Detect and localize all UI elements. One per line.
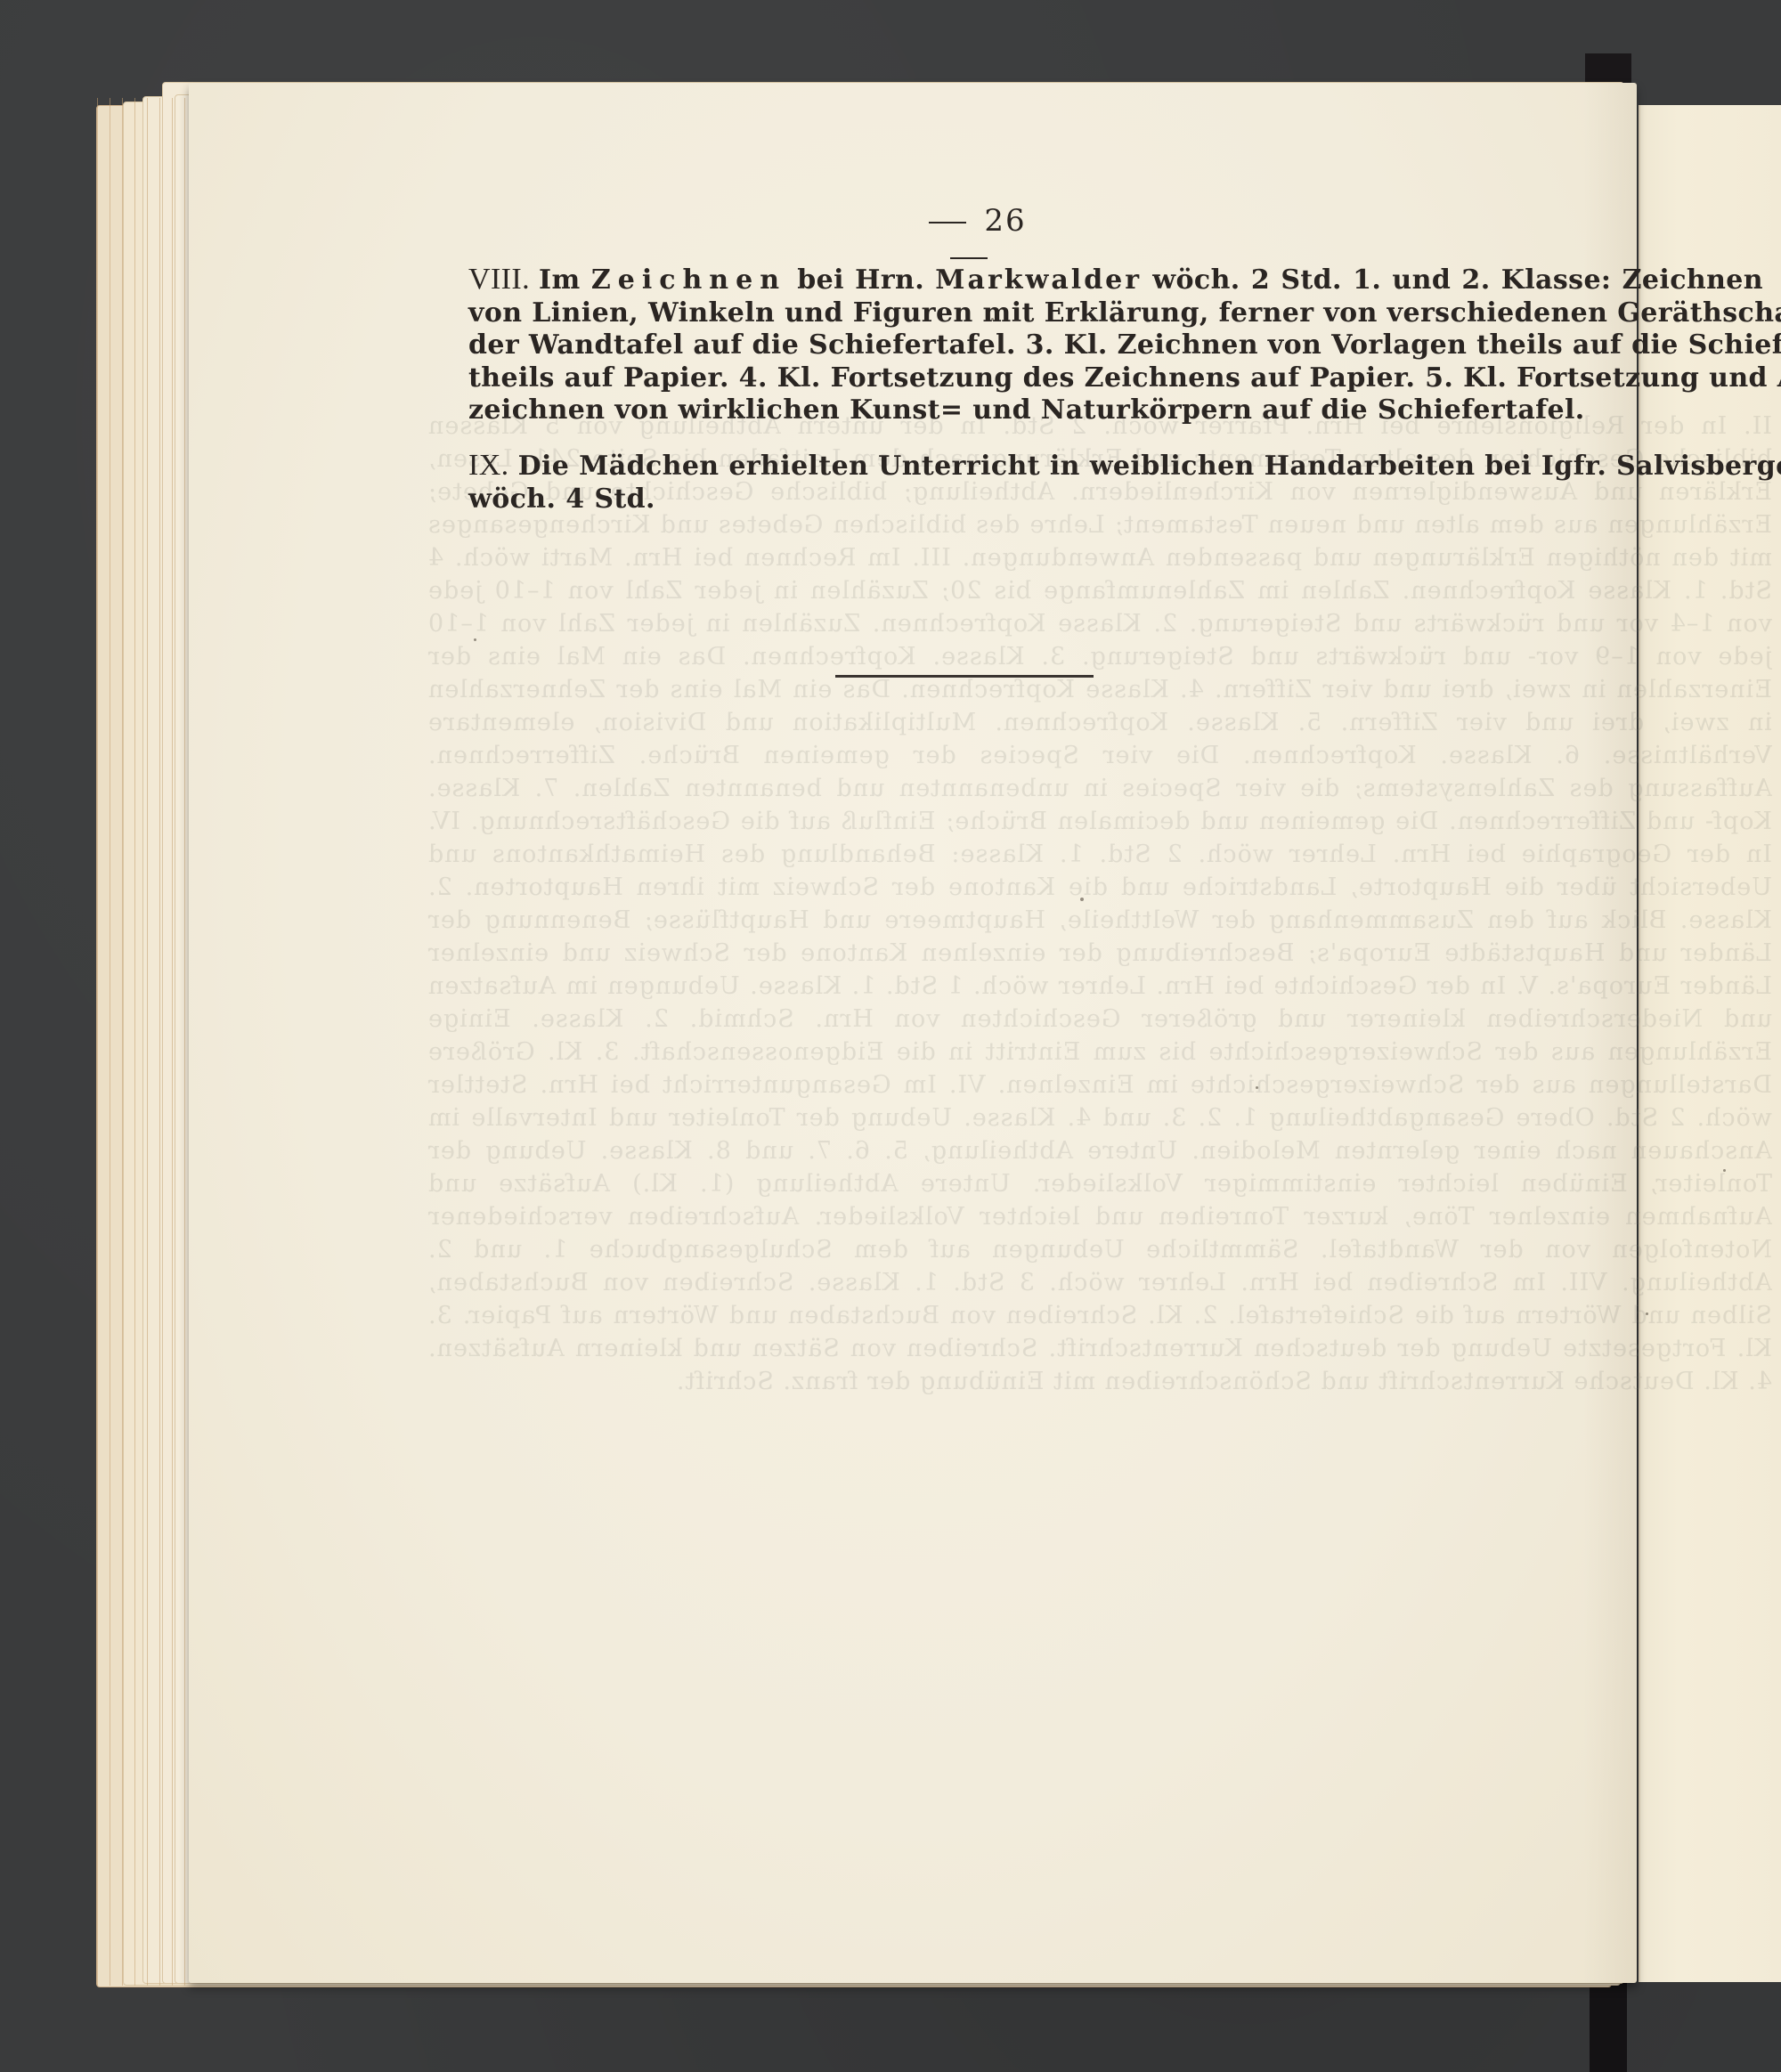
section-numeral: IX.: [468, 449, 509, 482]
text-run: Die Mädchen erhielten Unterricht in weib…: [518, 451, 1781, 482]
section-ix-needlework: IX.Die Mädchen erhielten Unterricht in w…: [431, 450, 1763, 516]
text-line: der Wandtafel auf die Schiefertafel. 3. …: [431, 329, 1763, 362]
page-number-dash-right: [950, 257, 988, 259]
paper-speck: [991, 318, 994, 321]
paper-speck: [1080, 898, 1084, 901]
page-number-dash-left: [929, 222, 966, 223]
text-line: von Linien, Winkeln und Figuren mit Erkl…: [431, 297, 1763, 330]
spine-gap: [1590, 1983, 1627, 2072]
text-line: VIII.Im Zeichnen bei Hrn. Markwalder wöc…: [431, 264, 1763, 297]
text-line: wöch. 4 Std.: [431, 483, 1763, 516]
teacher-name: Markwalder: [935, 264, 1142, 296]
bleed-through-text: II. In der Religionslehre bei Hrn. Pfarr…: [427, 410, 1772, 1799]
paper-speck: [1256, 1086, 1258, 1089]
page-number-value: 26: [984, 203, 1026, 239]
text-run: Im: [539, 264, 591, 296]
section-divider-rule: [835, 675, 1094, 678]
text-line: zeichnen von wirklichen Kunst= und Natur…: [431, 394, 1763, 427]
text-run: bei Hrn.: [786, 264, 935, 296]
paper-speck: [474, 638, 476, 641]
text-run: wöch. 2 Std. 1. und 2. Klasse: Zeichnen: [1142, 264, 1763, 296]
paper-speck: [1723, 1169, 1726, 1172]
paper-speck: [1646, 1312, 1648, 1315]
subject-name: Zeichnen: [591, 264, 786, 296]
text-line: theils auf Papier. 4. Kl. Fortsetzung de…: [431, 362, 1763, 395]
section-numeral: VIII.: [468, 263, 530, 296]
section-viii-drawing: VIII.Im Zeichnen bei Hrn. Markwalder wöc…: [431, 264, 1763, 427]
text-line: IX.Die Mädchen erhielten Unterricht in w…: [431, 450, 1763, 483]
